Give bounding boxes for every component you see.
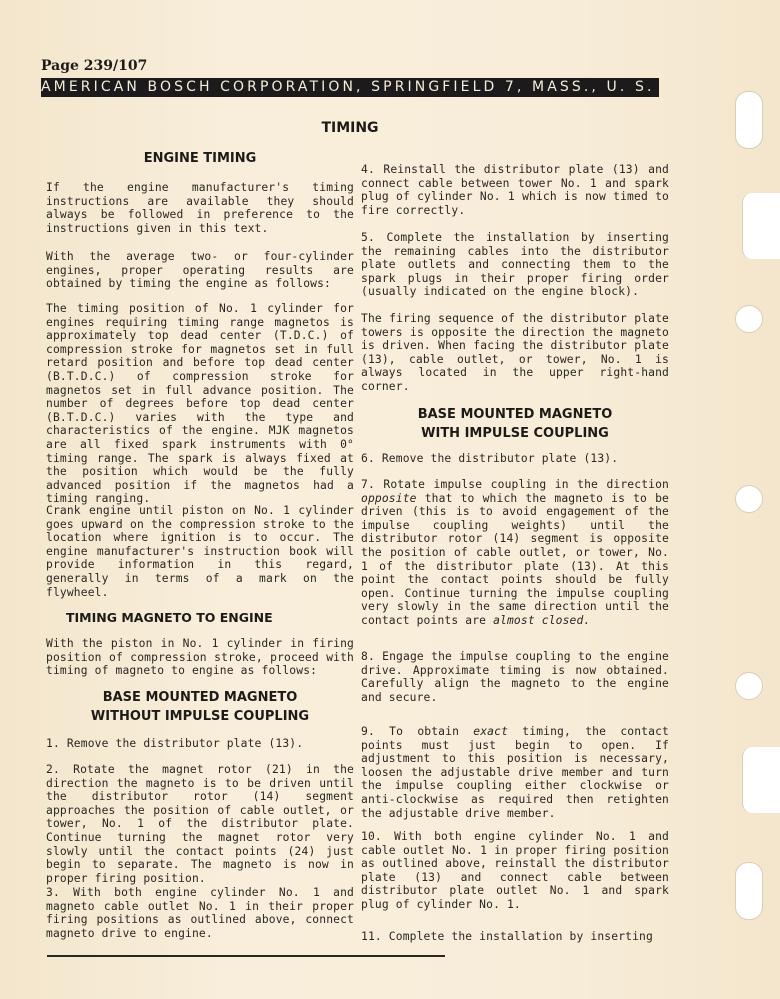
- step-text: 4. Reinstall the distributor plate (13) …: [361, 163, 669, 217]
- step-text: 8. Engage the impulse coupling to the en…: [361, 650, 669, 704]
- step-8: 8. Engage the impulse coupling to the en…: [361, 650, 669, 704]
- step-text: 11. Complete the installation by inserti…: [361, 930, 669, 944]
- step-text: 2. Rotate the magnet rotor (21) in the d…: [46, 763, 354, 885]
- emphasis-text: exact: [473, 725, 508, 738]
- paragraph-text: Crank engine until piston on No. 1 cylin…: [46, 504, 354, 599]
- paragraph: Crank engine until piston on No. 1 cylin…: [46, 504, 354, 599]
- paragraph-text: With the piston in No. 1 cylinder in fir…: [46, 637, 354, 678]
- subheading-line: BASE MOUNTED MAGNETO: [361, 405, 669, 424]
- step-10: 10. With both engine cylinder No. 1 and …: [361, 830, 669, 912]
- paragraph: With the average two- or four-cylinder e…: [46, 250, 354, 291]
- paragraph: The timing position of No. 1 cylinder fo…: [46, 302, 354, 506]
- bottom-rule: [47, 955, 445, 957]
- binder-hole-icon: [735, 862, 763, 920]
- step-text: 5. Complete the installation by insertin…: [361, 231, 669, 299]
- step-text-part: 7. Rotate impulse coupling in the direct…: [361, 478, 669, 491]
- firing-sequence-paragraph: The firing sequence of the distributor p…: [361, 312, 669, 394]
- step-7: 7. Rotate impulse coupling in the direct…: [361, 478, 669, 628]
- step-text-part: timing, the contact points must just beg…: [361, 725, 669, 820]
- step-text: 7. Rotate impulse coupling in the direct…: [361, 478, 669, 628]
- step-text: 3. With both engine cylinder No. 1 and m…: [46, 886, 354, 940]
- subheading-line: BASE MOUNTED MAGNETO: [46, 688, 354, 707]
- binder-hole-icon: [735, 485, 763, 513]
- paragraph-text: If the engine manufacturer's timing inst…: [46, 181, 354, 235]
- binder-notch-icon: [742, 193, 780, 259]
- without-impulse-heading: BASE MOUNTED MAGNETO WITHOUT IMPULSE COU…: [46, 688, 354, 726]
- step-9: 9. To obtain exact timing, the contact p…: [361, 725, 669, 820]
- page-number: Page 239/107: [41, 58, 147, 74]
- step-text: 9. To obtain exact timing, the contact p…: [361, 725, 669, 820]
- step-6: 6. Remove the distributor plate (13).: [361, 452, 669, 466]
- company-banner: AMERICAN BOSCH CORPORATION, SPRINGFIELD …: [41, 78, 659, 97]
- step-3: 3. With both engine cylinder No. 1 and m…: [46, 886, 354, 940]
- step-text: 6. Remove the distributor plate (13).: [361, 452, 669, 466]
- with-impulse-heading: BASE MOUNTED MAGNETO WITH IMPULSE COUPLI…: [361, 405, 669, 443]
- binder-hole-icon: [735, 91, 763, 149]
- manual-page: Page 239/107 AMERICAN BOSCH CORPORATION,…: [0, 0, 780, 999]
- timing-magneto-section: TIMING MAGNETO TO ENGINE: [46, 608, 354, 628]
- engine-timing-section: ENGINE TIMING: [46, 149, 354, 168]
- step-text-part: 9. To obtain: [361, 725, 473, 738]
- step-2: 2. Rotate the magnet rotor (21) in the d…: [46, 763, 354, 885]
- step-text: 1. Remove the distributor plate (13).: [46, 737, 354, 751]
- paragraph-text: With the average two- or four-cylinder e…: [46, 250, 354, 291]
- binder-notch-icon: [742, 747, 780, 813]
- paragraph-text: The firing sequence of the distributor p…: [361, 312, 669, 394]
- emphasis-text: almost closed.: [493, 614, 590, 627]
- subheading-line: WITH IMPULSE COUPLING: [361, 424, 669, 443]
- step-1: 1. Remove the distributor plate (13).: [46, 737, 354, 751]
- paragraph-text: The timing position of No. 1 cylinder fo…: [46, 302, 354, 506]
- section-heading-engine-timing: ENGINE TIMING: [46, 149, 354, 168]
- emphasis-text: opposite: [361, 492, 417, 505]
- binder-hole-icon: [735, 672, 763, 700]
- step-11: 11. Complete the installation by inserti…: [361, 930, 669, 944]
- subheading-line: WITHOUT IMPULSE COUPLING: [46, 707, 354, 726]
- step-4: 4. Reinstall the distributor plate (13) …: [361, 163, 669, 217]
- binder-hole-icon: [735, 305, 763, 333]
- page-title: TIMING: [41, 120, 659, 136]
- paragraph: With the piston in No. 1 cylinder in fir…: [46, 637, 354, 678]
- step-5: 5. Complete the installation by insertin…: [361, 231, 669, 299]
- step-text: 10. With both engine cylinder No. 1 and …: [361, 830, 669, 912]
- step-text-part: that to which the magneto is to be drive…: [361, 492, 669, 627]
- section-heading-timing-magneto: TIMING MAGNETO TO ENGINE: [46, 608, 354, 628]
- paragraph: If the engine manufacturer's timing inst…: [46, 181, 354, 235]
